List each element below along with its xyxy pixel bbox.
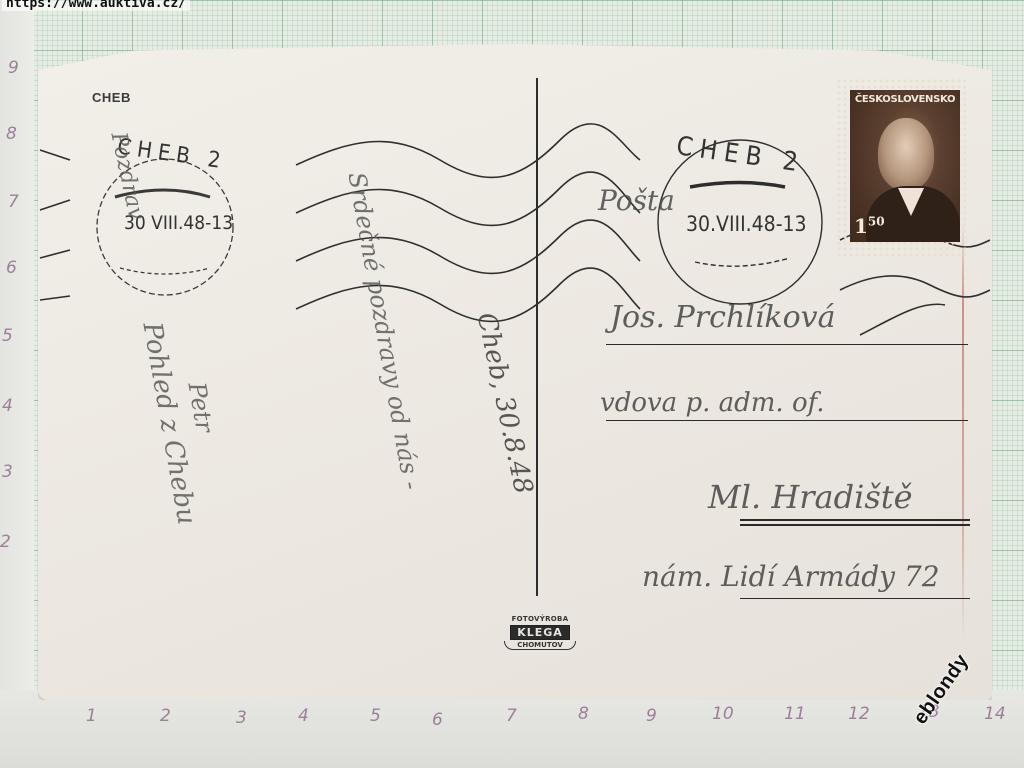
address-text: vdova p. adm. of. [600,388,825,418]
stamp-value-main: 1 [854,214,868,238]
stamp-country: ČESKOSLOVENSKO [852,94,958,105]
stamp-portrait-head [878,118,934,190]
logo-bottom-text: CHOMUTOV [504,641,576,650]
logo-top-text: FOTOVÝROBA [500,615,580,623]
stamp-value-sup: 50 [868,214,885,228]
logo-name: KLEGA [510,625,570,640]
address-text: Ml. Hradiště [708,478,913,516]
address-text: nám. Lidí Armády 72 [642,560,940,593]
publisher-logo: FOTOVÝROBA KLEGA CHOMUTOV [500,615,580,650]
address-text: Jos. Prchlíková [610,300,835,335]
postmark-right-date: 30.VIII.48-13 [686,212,807,236]
stamp-value: 150 [854,214,885,238]
address-text: Pošta [598,184,675,217]
